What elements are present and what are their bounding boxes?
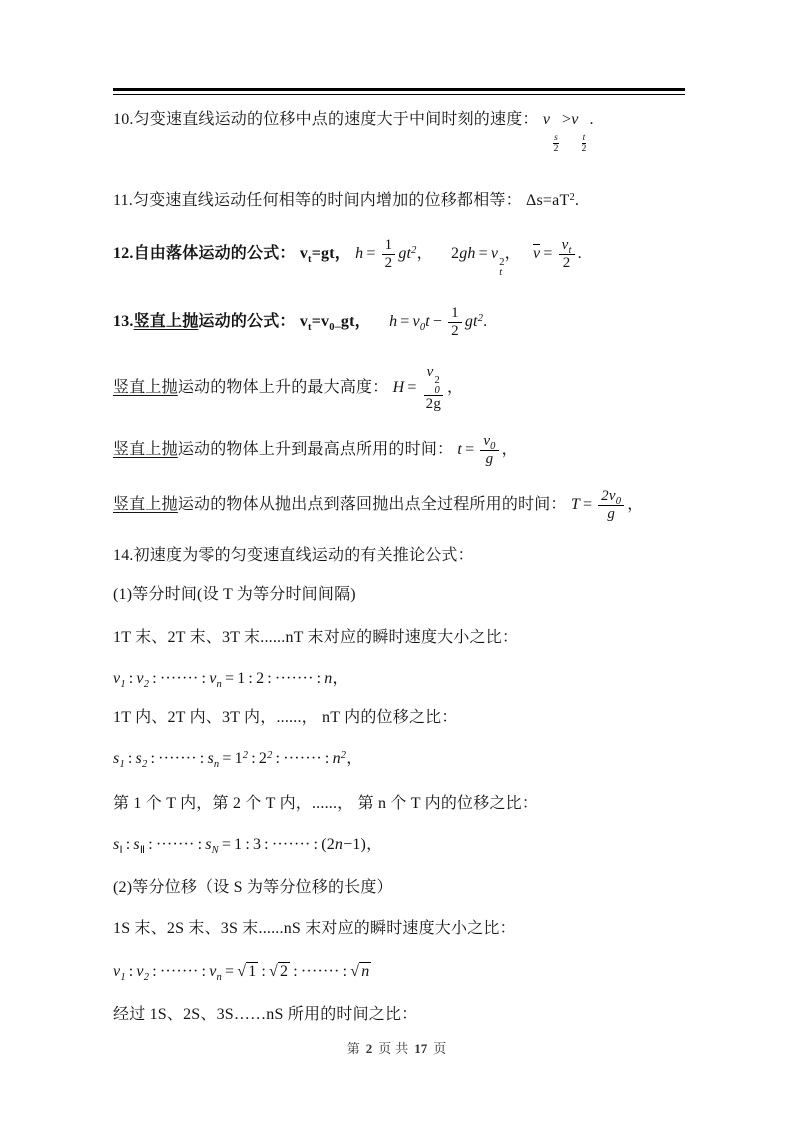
statement-nth-interval-ratio: 第 1 个 T 内，第 2 个 T 内，......， 第 n 个 T 内的位移…: [113, 793, 685, 814]
subscript-fraction: s2: [553, 133, 559, 154]
statement-velocity-ratio-displacement: 1S 末、2S 末、3S 末......nS 末对应的瞬时速度大小之比：: [113, 918, 685, 939]
item-12: 12.自由落体运动的公式： vt=gt， h=12gt2， 2gh=v2t， v…: [113, 237, 685, 277]
fraction: 2v0g: [598, 488, 624, 523]
formula-rise-time: t=v0g，: [457, 441, 517, 458]
statement-velocity-ratio-time: 1T 末、2T 末、3T 末......nT 末对应的瞬时速度大小之比：: [113, 627, 685, 648]
item-11-text: 11.匀变速直线运动任何相等的时间内增加的位移都相等：: [113, 192, 522, 209]
formula-delta-s: Δs=aT2.: [526, 192, 579, 209]
statement-total-time: 竖直上抛运动的物体从抛出点到落回抛出点全过程所用的时间： T=2v0g，: [113, 488, 685, 523]
subscript-fraction: t2: [582, 133, 587, 154]
item-14: 14.初速度为零的匀变速直线运动的有关推论公式：: [113, 545, 685, 566]
fraction: vt2: [559, 237, 575, 272]
sup-sub-stack: 20: [435, 376, 440, 395]
page-number: 2: [362, 1041, 377, 1056]
fraction: 12: [448, 305, 462, 340]
sqrt-n: √n: [350, 962, 371, 980]
fraction: 12: [382, 237, 396, 272]
sqrt-1: √1: [237, 962, 258, 980]
fraction: v0g: [480, 433, 498, 468]
sqrt-2: √2: [269, 962, 290, 980]
statement-displacement-ratio-time: 1T 内、2T 内、3T 内，......， nT 内的位移之比：: [113, 707, 685, 728]
underlined-term: 竖直上抛: [113, 496, 178, 513]
formula-nth-interval-ratio: sⅠ:sⅡ:·······:sN=1:3:·······:(2n−1)，: [113, 834, 685, 855]
underlined-term: 竖直上抛: [113, 441, 178, 458]
fraction: v202g: [423, 364, 444, 413]
formula-mid-displacement-velocity: vs2>vt2.: [543, 111, 594, 128]
formula-2gh: 2gh=v2t，: [451, 245, 525, 262]
statement-rise-time: 竖直上抛运动的物体上升到最高点所用的时间： t=v0g，: [113, 433, 685, 468]
total-pages: 17: [410, 1041, 431, 1056]
item-11: 11.匀变速直线运动任何相等的时间内增加的位移都相等： Δs=aT2.: [113, 190, 685, 211]
item-13-number: 13.: [113, 313, 134, 330]
header-rule: [113, 88, 685, 95]
statement-max-height: 竖直上抛运动的物体上升的最大高度： H=v202g，: [113, 364, 685, 413]
document-page: 10.匀变速直线运动的位移中点的速度大于中间时刻的速度： vs2>vt2. 11…: [113, 88, 685, 1025]
formula-h-v0t: h=v0t−12gt2.: [389, 313, 487, 330]
formula-velocity-ratio-displacement: v1:v2:·······:vn=√1:√2:·······:√n: [113, 961, 685, 982]
formula-velocity-ratio-time: v1:v2:·······:vn=1:2:·······:n，: [113, 668, 685, 689]
item-12-heading: 12.自由落体运动的公式：: [113, 245, 296, 262]
item-10: 10.匀变速直线运动的位移中点的速度大于中间时刻的速度： vs2>vt2.: [113, 109, 685, 154]
item-10-text: 10.匀变速直线运动的位移中点的速度大于中间时刻的速度：: [113, 111, 539, 128]
formula-total-time: T=2v0g，: [571, 496, 644, 513]
underlined-term: 竖直上抛: [113, 379, 178, 396]
page-footer: 第2页共17页: [0, 1038, 793, 1057]
item-13: 13.竖直上抛运动的公式： vt=v0–gt， h=v0t−12gt2.: [113, 305, 685, 340]
formula-max-height: H=v202g，: [393, 379, 464, 396]
subitem-equal-displacement: (2)等分位移（设 S 为等分位移的长度）: [113, 877, 685, 898]
formula-h-half-gt2: h=12gt2，: [355, 245, 437, 262]
item-13-underlined: 竖直上抛: [134, 313, 199, 330]
formula-displacement-ratio-time: s1:s2:·······:sn=12:22:·······:n2，: [113, 748, 685, 769]
formula-vt-v0-gt: vt=v0–gt，: [300, 313, 371, 330]
formula-vt-gt: vt=gt，: [300, 245, 351, 262]
formula-vbar: v=vt2.: [533, 245, 582, 262]
statement-time-ratio-displacement: 经过 1S、2S、3S……nS 所用的时间之比：: [113, 1004, 685, 1025]
subitem-equal-time: (1)等分时间(设 T 为等分时间间隔): [113, 584, 685, 605]
item-13-heading: 运动的公式：: [198, 313, 295, 330]
